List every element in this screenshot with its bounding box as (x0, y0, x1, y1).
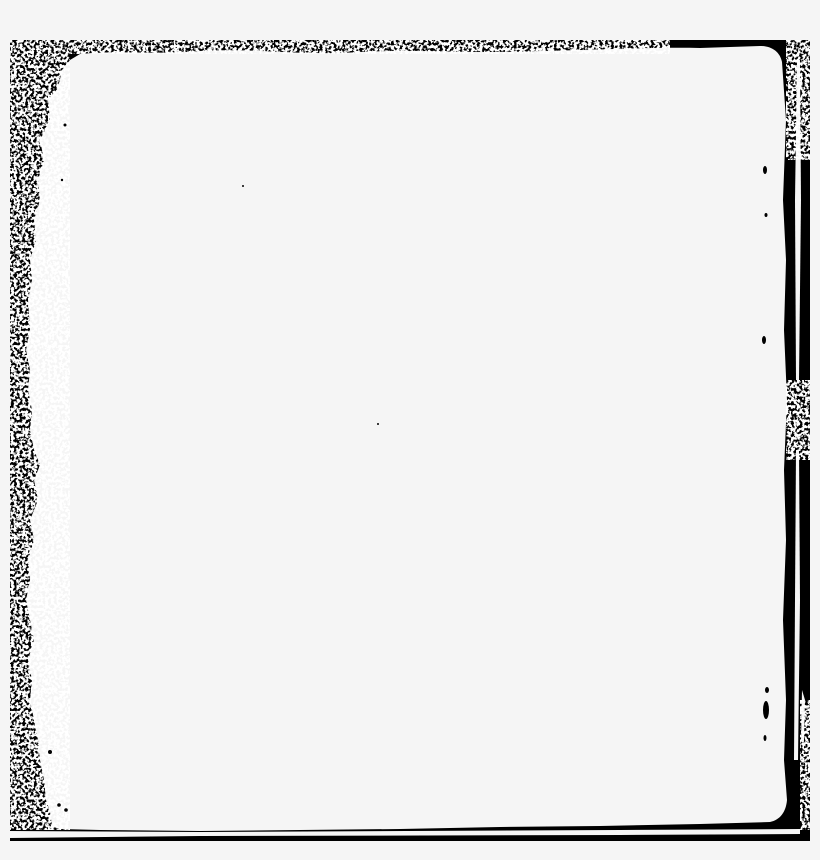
frame-interior (26, 46, 787, 831)
grunge-frame (0, 0, 820, 860)
frame-border (10, 40, 810, 841)
